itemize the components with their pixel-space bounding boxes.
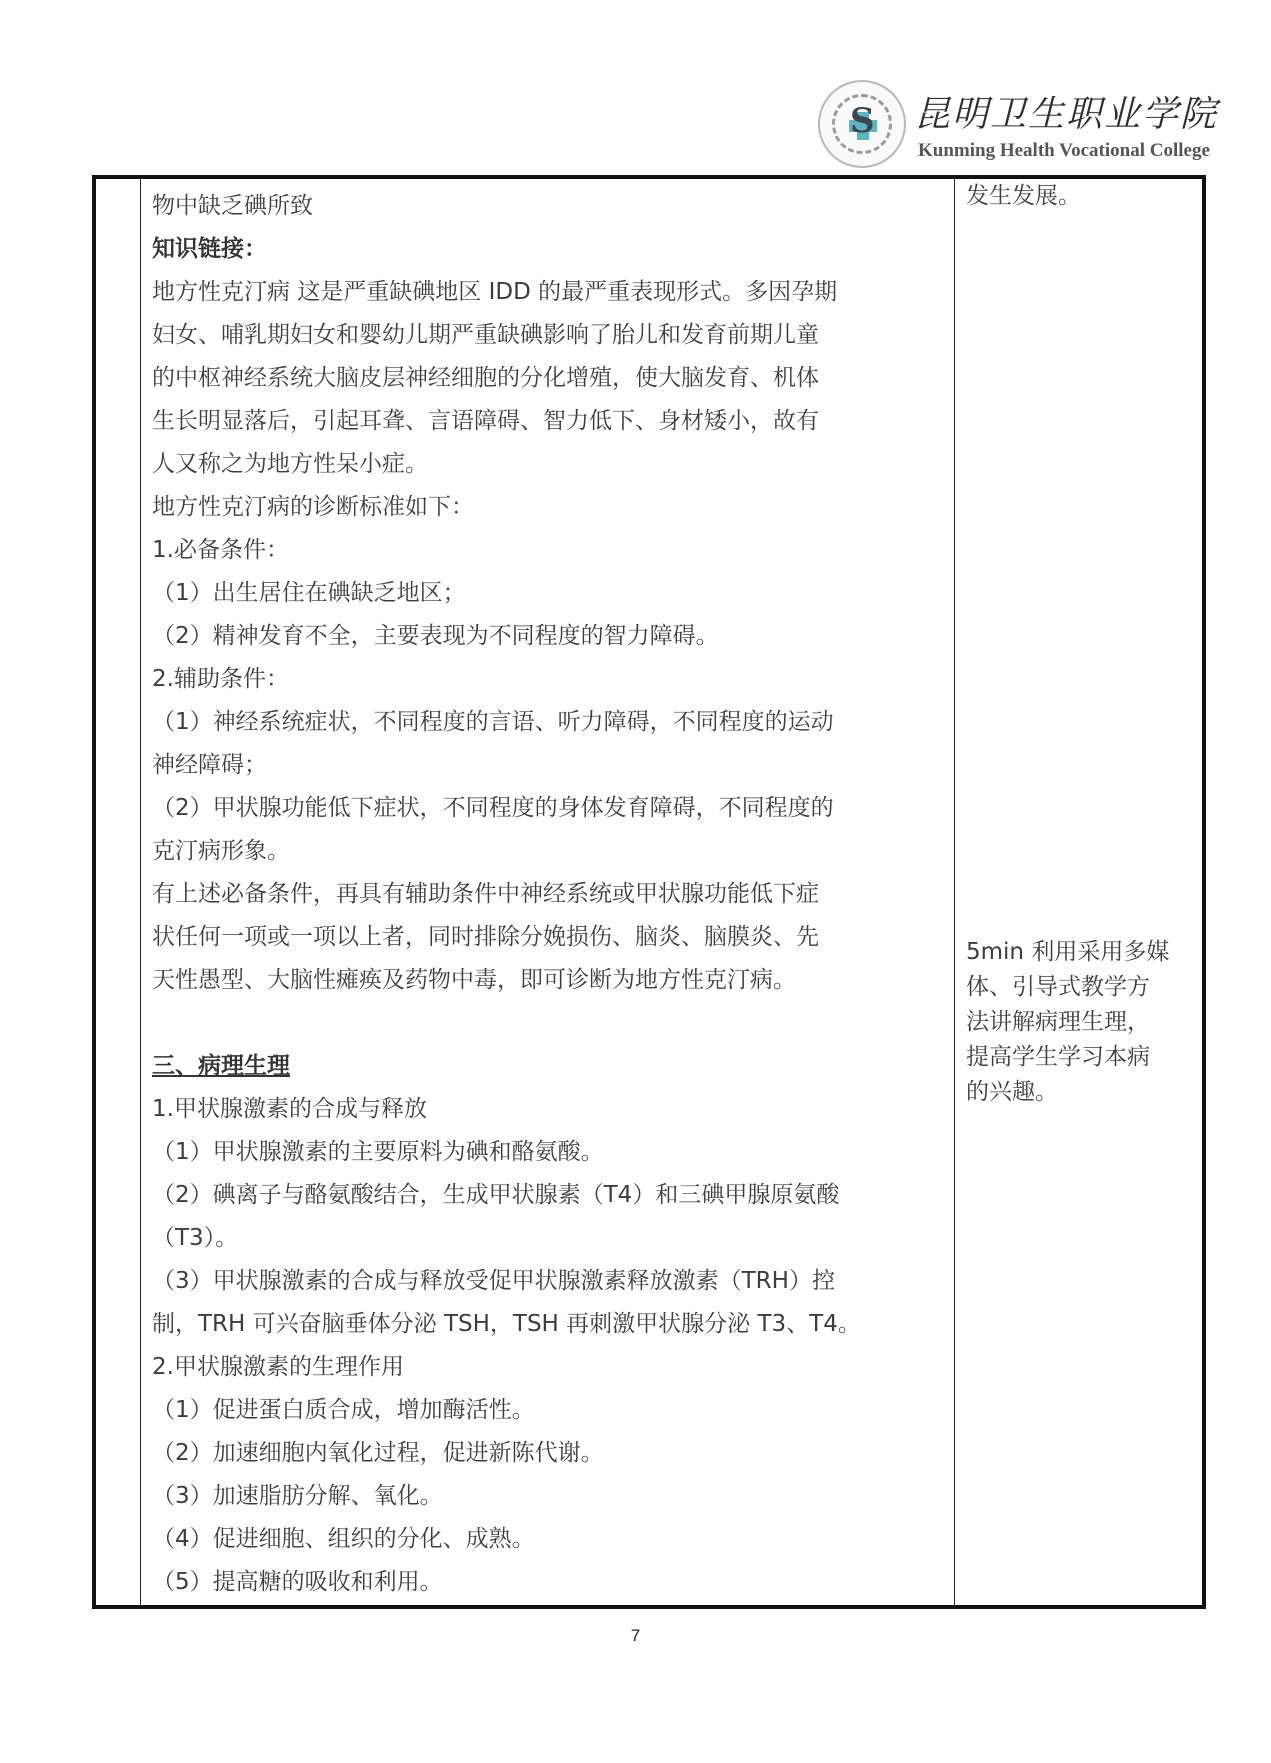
text-line: 地方性克汀病的诊断标准如下： bbox=[152, 486, 952, 529]
serpent-icon: S bbox=[850, 104, 875, 138]
text-line: 有上述必备条件，再具有辅助条件中神经系统或甲状腺功能低下症 bbox=[152, 873, 952, 916]
content-cell: 物中缺乏碘所致知识链接：地方性克汀病 这是严重缺碘地区 IDD 的最严重表现形式… bbox=[152, 185, 952, 1604]
text-line: （T3）。 bbox=[152, 1217, 952, 1260]
text-line: （4）促进细胞、组织的分化、成熟。 bbox=[152, 1518, 952, 1561]
college-name-en: Kunming Health Vocational College bbox=[918, 140, 1210, 162]
text-line: （1）促进蛋白质合成，增加酶活性。 bbox=[152, 1389, 952, 1432]
lesson-plan-table: 物中缺乏碘所致知识链接：地方性克汀病 这是严重缺碘地区 IDD 的最严重表现形式… bbox=[92, 175, 1206, 1609]
text-line: 生长明显落后，引起耳聋、言语障碍、智力低下、身材矮小，故有 bbox=[152, 400, 952, 443]
text-line: 的中枢神经系统大脑皮层神经细胞的分化增殖，使大脑发育、机体 bbox=[152, 357, 952, 400]
text-line: 2.甲状腺激素的生理作用 bbox=[152, 1346, 952, 1389]
text-line: （2）加速细胞内氧化过程，促进新陈代谢。 bbox=[152, 1432, 952, 1475]
text-line: （1）出生居住在碘缺乏地区； bbox=[152, 572, 952, 615]
text-line: 克汀病形象。 bbox=[152, 830, 952, 873]
college-seal-icon: S bbox=[818, 80, 906, 168]
page-number: 7 bbox=[0, 1626, 1271, 1646]
text-line: （1）甲状腺激素的主要原料为碘和酪氨酸。 bbox=[152, 1131, 952, 1174]
text-line: 状任何一项或一项以上者，同时排除分娩损伤、脑炎、脑膜炎、先 bbox=[152, 916, 952, 959]
column-divider bbox=[140, 179, 141, 1605]
text-line: （2）碘离子与酪氨酸结合，生成甲状腺素（T4）和三碘甲腺原氨酸 bbox=[152, 1174, 952, 1217]
text-line: 1.甲状腺激素的合成与释放 bbox=[152, 1088, 952, 1131]
text-line: 天性愚型、大脑性瘫痪及药物中毒，即可诊断为地方性克汀病。 bbox=[152, 959, 952, 1002]
text-line: （2）精神发育不全，主要表现为不同程度的智力障碍。 bbox=[152, 615, 952, 658]
note-line: 提高学生学习本病 bbox=[966, 1040, 1198, 1075]
note-line: 发生发展。 bbox=[966, 179, 1198, 214]
college-name-cn: 昆明卫生职业学院 bbox=[914, 86, 1218, 137]
text-line: （3）加速脂肪分解、氧化。 bbox=[152, 1475, 952, 1518]
subheading: 知识链接： bbox=[152, 228, 952, 271]
text-line: 地方性克汀病 这是严重缺碘地区 IDD 的最严重表现形式。多因孕期 bbox=[152, 271, 952, 314]
text-line: （1）神经系统症状，不同程度的言语、听力障碍，不同程度的运动 bbox=[152, 701, 952, 744]
text-line bbox=[152, 1002, 952, 1045]
text-line: 1.必备条件： bbox=[152, 529, 952, 572]
note-line: 法讲解病理生理， bbox=[966, 1005, 1198, 1040]
column-divider bbox=[954, 179, 955, 1605]
note-line: 体、引导式教学方 bbox=[966, 970, 1198, 1005]
college-logo: S 昆明卫生职业学院 Kunming Health Vocational Col… bbox=[818, 80, 1218, 175]
note-line: 5min 利用采用多媒 bbox=[966, 935, 1198, 970]
text-line: 神经障碍； bbox=[152, 744, 952, 787]
text-line: 妇女、哺乳期妇女和婴幼儿期严重缺碘影响了胎儿和发育前期儿童 bbox=[152, 314, 952, 357]
notes-cell-teaching-method: 5min 利用采用多媒体、引导式教学方法讲解病理生理，提高学生学习本病的兴趣。 bbox=[966, 935, 1198, 1110]
text-line: 人又称之为地方性呆小症。 bbox=[152, 443, 952, 486]
text-line: （2）甲状腺功能低下症状，不同程度的身体发育障碍，不同程度的 bbox=[152, 787, 952, 830]
text-line: 2.辅助条件： bbox=[152, 658, 952, 701]
text-line: 制，TRH 可兴奋脑垂体分泌 TSH，TSH 再刺激甲状腺分泌 T3、T4。 bbox=[152, 1303, 952, 1346]
note-line: 的兴趣。 bbox=[966, 1075, 1198, 1110]
text-line: 物中缺乏碘所致 bbox=[152, 185, 952, 228]
section-heading: 三、病理生理 bbox=[152, 1045, 952, 1088]
text-line: （5）提高糖的吸收和利用。 bbox=[152, 1561, 952, 1604]
notes-cell-top: 发生发展。 bbox=[966, 179, 1198, 214]
text-line: （3）甲状腺激素的合成与释放受促甲状腺激素释放激素（TRH）控 bbox=[152, 1260, 952, 1303]
